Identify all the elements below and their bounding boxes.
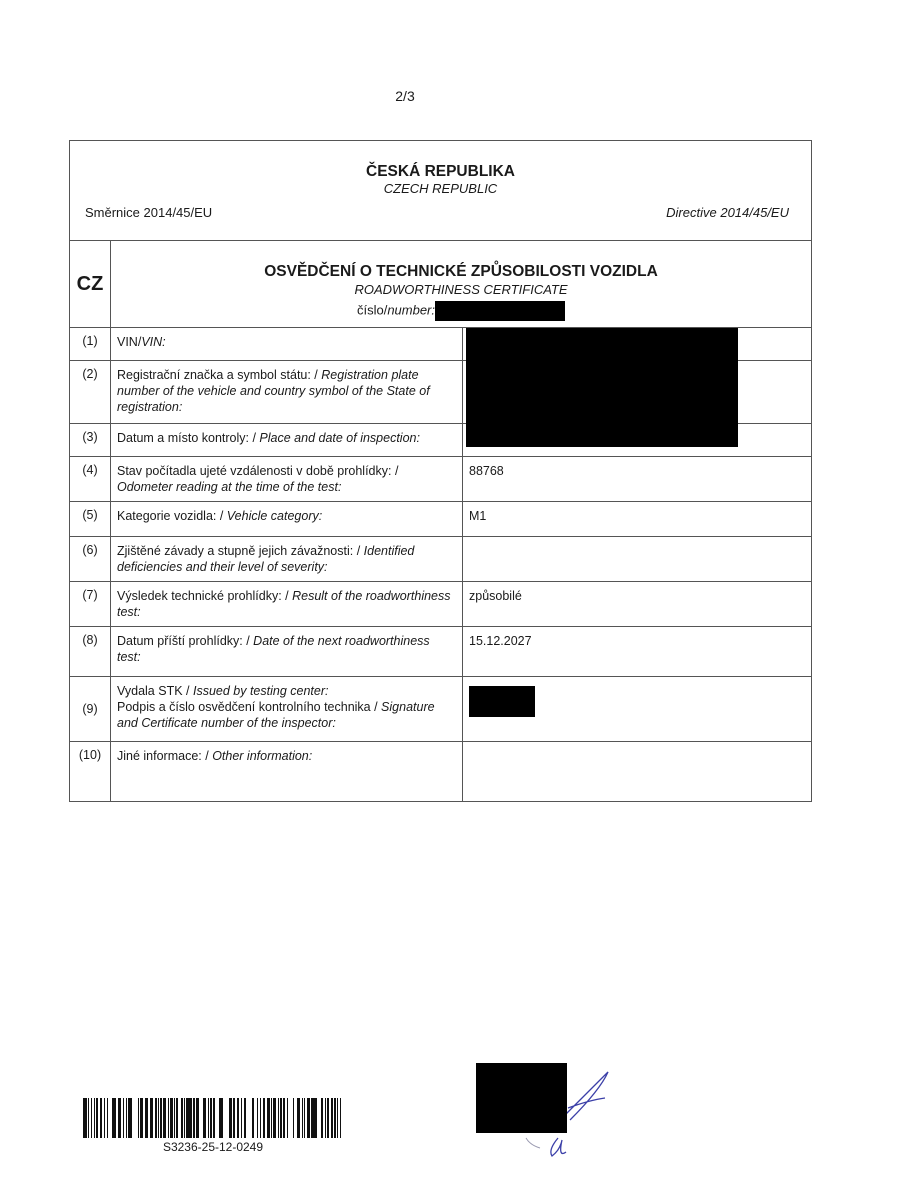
row-value-deficiencies bbox=[463, 537, 812, 582]
issuer-redaction bbox=[469, 686, 535, 717]
row-number: (5) bbox=[70, 502, 111, 537]
row-value-other bbox=[463, 742, 812, 802]
row-label: VIN/VIN: bbox=[111, 328, 463, 361]
table-row: (9) Vydala STK / Issued by testing cente… bbox=[70, 677, 812, 742]
row-label: Jiné informace: / Other information: bbox=[111, 742, 463, 802]
certificate-number: číslo/number: bbox=[117, 301, 805, 321]
row-label: Datum a místo kontroly: / Place and date… bbox=[111, 424, 463, 457]
barcode bbox=[82, 1098, 344, 1138]
row-label: Datum příští prohlídky: / Date of the ne… bbox=[111, 627, 463, 677]
label-en: Odometer reading at the time of the test… bbox=[117, 480, 341, 494]
row-number: (2) bbox=[70, 361, 111, 424]
label-en: Other information: bbox=[212, 749, 312, 763]
row-value-issuer bbox=[463, 677, 812, 742]
vin-registration-inspection-redaction bbox=[466, 328, 738, 447]
label-cz: Datum příští prohlídky: / bbox=[117, 634, 253, 648]
label-cz: Stav počítadla ujeté vzdálenosti v době … bbox=[117, 464, 398, 478]
country-code: CZ bbox=[70, 241, 111, 328]
certificate-title-cz: OSVĚDČENÍ O TECHNICKÉ ZPŮSOBILOSTI VOZID… bbox=[117, 263, 805, 281]
label-cz: Vydala STK / bbox=[117, 684, 193, 698]
label-cz: Kategorie vozidla: / bbox=[117, 509, 227, 523]
row-value-next-test: 15.12.2027 bbox=[463, 627, 812, 677]
label-cz: VIN/ bbox=[117, 335, 141, 349]
certificate-title-en: ROADWORTHINESS CERTIFICATE bbox=[117, 282, 805, 297]
number-label-cz: číslo/ bbox=[357, 302, 387, 317]
row-label: Zjištěné závady a stupně jejich závažnos… bbox=[111, 537, 463, 582]
row-number: (9) bbox=[70, 677, 111, 742]
certificate-header: ČESKÁ REPUBLIKA CZECH REPUBLIC Směrnice … bbox=[69, 140, 812, 241]
row-label: Vydala STK / Issued by testing center:Po… bbox=[111, 677, 463, 742]
table-row: (4) Stav počítadla ujeté vzdálenosti v d… bbox=[70, 457, 812, 502]
label-cz: Jiné informace: / bbox=[117, 749, 212, 763]
label-cz: Podpis a číslo osvědčení kontrolního tec… bbox=[117, 700, 381, 714]
page-number: 2/3 bbox=[0, 88, 810, 104]
row-value-result: způsobilé bbox=[463, 582, 812, 627]
country-name-cz: ČESKÁ REPUBLIKA bbox=[70, 163, 811, 181]
country-name-en: CZECH REPUBLIC bbox=[70, 181, 811, 196]
row-number: (10) bbox=[70, 742, 111, 802]
row-label: Výsledek technické prohlídky: / Result o… bbox=[111, 582, 463, 627]
table-row: (10) Jiné informace: / Other information… bbox=[70, 742, 812, 802]
stamp-redaction bbox=[476, 1063, 567, 1133]
row-number: (8) bbox=[70, 627, 111, 677]
table-row: (8) Datum příští prohlídky: / Date of th… bbox=[70, 627, 812, 677]
label-cz: Výsledek technické prohlídky: / bbox=[117, 589, 292, 603]
label-cz: Registrační značka a symbol státu: / bbox=[117, 368, 321, 382]
directive-en: Directive 2014/45/EU bbox=[666, 205, 789, 220]
row-number: (4) bbox=[70, 457, 111, 502]
certificate-title-cell: OSVĚDČENÍ O TECHNICKÉ ZPŮSOBILOSTI VOZID… bbox=[111, 241, 812, 328]
row-value-odometer: 88768 bbox=[463, 457, 812, 502]
table-row: (7) Výsledek technické prohlídky: / Resu… bbox=[70, 582, 812, 627]
table-row: (6) Zjištěné závady a stupně jejich záva… bbox=[70, 537, 812, 582]
title-row: CZ OSVĚDČENÍ O TECHNICKÉ ZPŮSOBILOSTI VO… bbox=[70, 241, 812, 328]
label-cz: Zjištěné závady a stupně jejich závažnos… bbox=[117, 544, 364, 558]
label-en: Issued by testing center: bbox=[193, 684, 329, 698]
row-value-category: M1 bbox=[463, 502, 812, 537]
certificate-number-redaction bbox=[435, 301, 565, 321]
label-en: Place and date of inspection: bbox=[259, 431, 420, 445]
label-en: Vehicle category: bbox=[227, 509, 322, 523]
directive-cz: Směrnice 2014/45/EU bbox=[85, 205, 212, 220]
table-row: (5) Kategorie vozidla: / Vehicle categor… bbox=[70, 502, 812, 537]
row-number: (6) bbox=[70, 537, 111, 582]
number-label-en: number: bbox=[387, 302, 435, 317]
row-label: Kategorie vozidla: / Vehicle category: bbox=[111, 502, 463, 537]
label-en: VIN: bbox=[141, 335, 165, 349]
row-number: (7) bbox=[70, 582, 111, 627]
certificate-table: CZ OSVĚDČENÍ O TECHNICKÉ ZPŮSOBILOSTI VO… bbox=[69, 240, 812, 802]
barcode-text: S3236-25-12-0249 bbox=[82, 1140, 344, 1154]
row-label: Stav počítadla ujeté vzdálenosti v době … bbox=[111, 457, 463, 502]
row-number: (1) bbox=[70, 328, 111, 361]
label-cz: Datum a místo kontroly: / bbox=[117, 431, 259, 445]
row-number: (3) bbox=[70, 424, 111, 457]
row-label: Registrační značka a symbol státu: / Reg… bbox=[111, 361, 463, 424]
